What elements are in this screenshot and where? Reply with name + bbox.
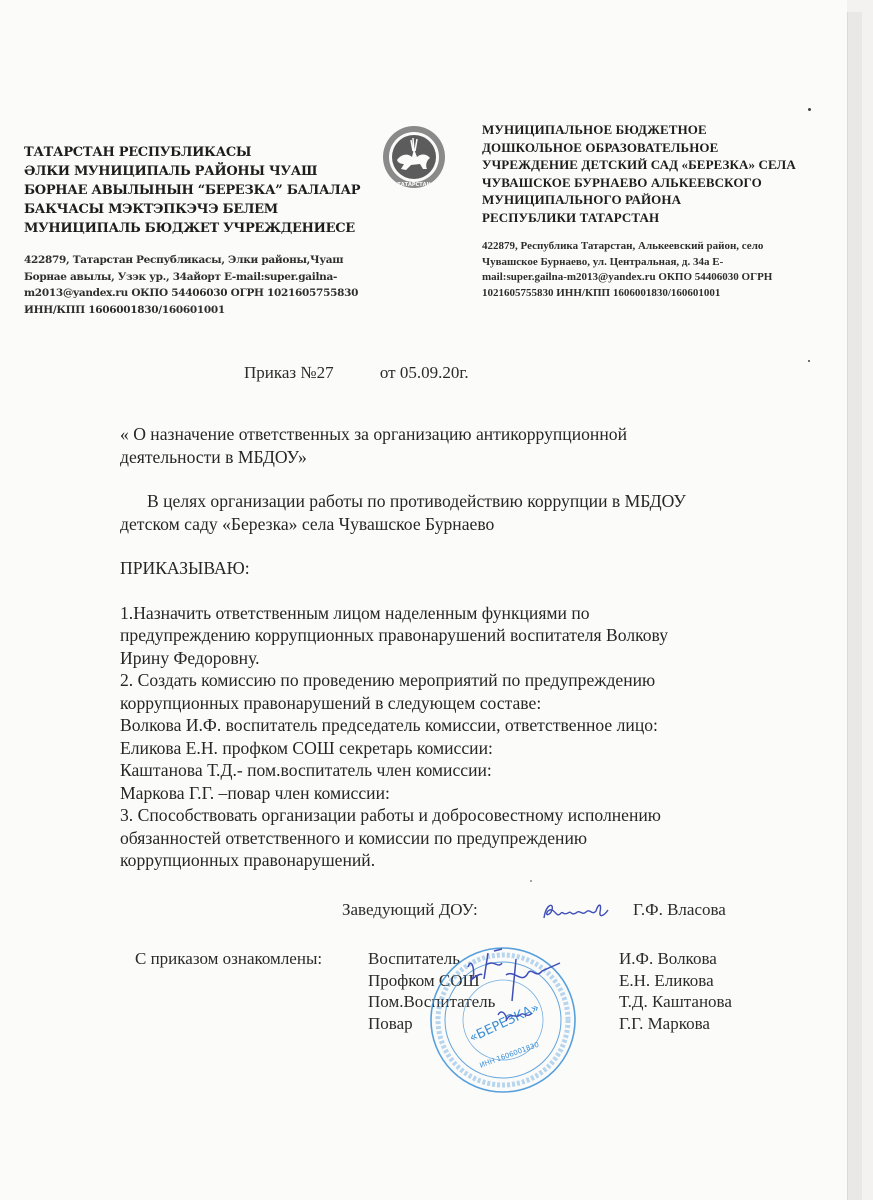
commission-member-line: Волкова И.Ф. воспитатель председатель ко…	[120, 714, 780, 737]
header-left-title-line: БАКЧАСЫ МЭКТЭПКЭЧЭ БЕЛЕМ	[24, 200, 384, 219]
head-name: Г.Ф. Власова	[633, 900, 726, 920]
header-right-address-line: Чувашское Бурнаево, ул. Центральная, д. …	[482, 255, 842, 271]
header-left-tatar: ТАТАРСТАН РЕСПУБЛИКАСЫ ӘЛКИ МУНИЦИПАЛЬ Р…	[24, 143, 384, 318]
header-right-title-line: МУНИЦИПАЛЬНОЕ БЮДЖЕТНОЕ	[482, 121, 842, 139]
document-page: ТАТАРСТАН РЕСПУБЛИКАСЫ ӘЛКИ МУНИЦИПАЛЬ Р…	[0, 0, 847, 1200]
order-item-line: коррупционных правонарушений.	[120, 849, 780, 872]
scan-speck	[808, 360, 810, 362]
order-item-line: 3. Способствовать организации работы и д…	[120, 804, 780, 827]
header-left-address-line: ИНН/КПП 1606001830/160601001	[24, 302, 384, 319]
svg-text:«БЕРЕЗКА»: «БЕРЕЗКА»	[467, 1000, 542, 1046]
ack-name: Г.Г. Маркова	[619, 1013, 732, 1035]
svg-text:ИНН 1606001830: ИНН 1606001830	[479, 1041, 540, 1070]
header-left-address-line: Борнае авылы, Узэк ур., 34айорт E-mail:s…	[24, 269, 384, 286]
tatarstan-coat-of-arms-icon: ТАТАРСТАН	[381, 124, 447, 190]
page-edge	[847, 12, 862, 1200]
header-right-address-line: 1021605755830 ИНН/КПП 1606001830/1606010…	[482, 286, 842, 302]
header-left-address-line: 422879, Татарстан Республикасы, Элки рай…	[24, 252, 384, 269]
head-signature-block: Заведующий ДОУ: Г.Ф. Власова	[342, 900, 478, 920]
header-right-title-line: РЕСПУБЛИКИ ТАТАРСТАН	[482, 209, 842, 227]
order-word: ПРИКАЗЫВАЮ:	[120, 557, 780, 580]
order-item-line: Ирину Федоровну.	[120, 647, 780, 670]
ack-name: Т.Д. Каштанова	[619, 991, 732, 1013]
ack-name: Е.Н. Еликова	[619, 970, 732, 992]
header-right-title-line: УЧРЕЖДЕНИЕ ДЕТСКИЙ САД «БЕРЕЗКА» СЕЛА	[482, 156, 842, 174]
acknowledgement-names: И.Ф. Волкова Е.Н. Еликова Т.Д. Каштанова…	[619, 948, 732, 1034]
commission-member-line: Еликова Е.Н. профком СОШ секретарь комис…	[120, 737, 780, 760]
header-left-title: ТАТАРСТАН РЕСПУБЛИКАСЫ ӘЛКИ МУНИЦИПАЛЬ Р…	[24, 143, 384, 238]
order-date: от 05.09.20г.	[380, 363, 469, 382]
preamble-line: детском саду «Березка» села Чувашское Бу…	[120, 513, 780, 536]
head-position: Заведующий ДОУ:	[342, 900, 478, 919]
order-body: « О назначение ответственных за организа…	[120, 423, 780, 872]
acknowledgement-label: С приказом ознакомлены:	[135, 948, 322, 970]
order-subject-line: деятельности в МБДОУ»	[120, 446, 780, 469]
commission-member-line: Каштанова Т.Д.- пом.воспитатель член ком…	[120, 759, 780, 782]
header-left-title-line: БОРНАЕ АВЫЛЫНЫН “БЕРЕЗКА” БАЛАЛАР	[24, 181, 384, 200]
header-right-title: МУНИЦИПАЛЬНОЕ БЮДЖЕТНОЕ ДОШКОЛЬНОЕ ОБРАЗ…	[482, 121, 842, 226]
header-right-russian: МУНИЦИПАЛЬНОЕ БЮДЖЕТНОЕ ДОШКОЛЬНОЕ ОБРАЗ…	[482, 121, 842, 301]
header-right-title-line: ДОШКОЛЬНОЕ ОБРАЗОВАТЕЛЬНОЕ	[482, 139, 842, 157]
header-right-address: 422879, Республика Татарстан, Алькеевски…	[482, 239, 842, 301]
order-number: Приказ №27	[244, 363, 334, 382]
official-stamp-icon: «БЕРЕЗКА» ИНН 1606001830	[428, 945, 578, 1095]
header-left-title-line: ТАТАРСТАН РЕСПУБЛИКАСЫ	[24, 143, 384, 162]
order-item-line: 2. Создать комиссию по проведению меропр…	[120, 669, 780, 692]
header-right-address-line: mail:super.gailna-m2013@yandex.ru ОКПО 5…	[482, 270, 842, 286]
scan-speck	[530, 880, 532, 882]
header-left-address: 422879, Татарстан Республикасы, Элки рай…	[24, 252, 384, 318]
header-left-title-line: МУНИЦИПАЛЬ БЮДЖЕТ УЧРЕЖДЕНИЕСЕ	[24, 219, 384, 238]
order-item-line: коррупционных правонарушений в следующем…	[120, 692, 780, 715]
commission-member-line: Маркова Г.Г. –повар член комиссии:	[120, 782, 780, 805]
order-item-line: предупреждению коррупционных правонаруше…	[120, 624, 780, 647]
preamble-line: В целях организации работы по противодей…	[120, 490, 780, 513]
order-subject-line: « О назначение ответственных за организа…	[120, 423, 780, 446]
header-right-address-line: 422879, Республика Татарстан, Алькеевски…	[482, 239, 842, 255]
order-number-date: Приказ №27 от 05.09.20г.	[244, 363, 469, 383]
scan-speck	[808, 108, 811, 111]
ack-name: И.Ф. Волкова	[619, 948, 732, 970]
header-right-title-line: ЧУВАШСКОЕ БУРНАЕВО АЛЬКЕЕВСКОГО	[482, 174, 842, 192]
header-left-title-line: ӘЛКИ МУНИЦИПАЛЬ РАЙОНЫ ЧУАШ	[24, 162, 384, 181]
svg-text:ТАТАРСТАН: ТАТАРСТАН	[397, 182, 430, 188]
order-item-line: 1.Назначить ответственным лицом наделенн…	[120, 602, 780, 625]
order-item-line: обязанностей ответственного и комиссии п…	[120, 827, 780, 850]
handwritten-signature-icon	[540, 896, 620, 926]
header-right-title-line: МУНИЦИПАЛЬНОГО РАЙОНА	[482, 191, 842, 209]
header-left-address-line: m2013@yandex.ru ОКПО 54406030 ОГРН 10216…	[24, 285, 384, 302]
